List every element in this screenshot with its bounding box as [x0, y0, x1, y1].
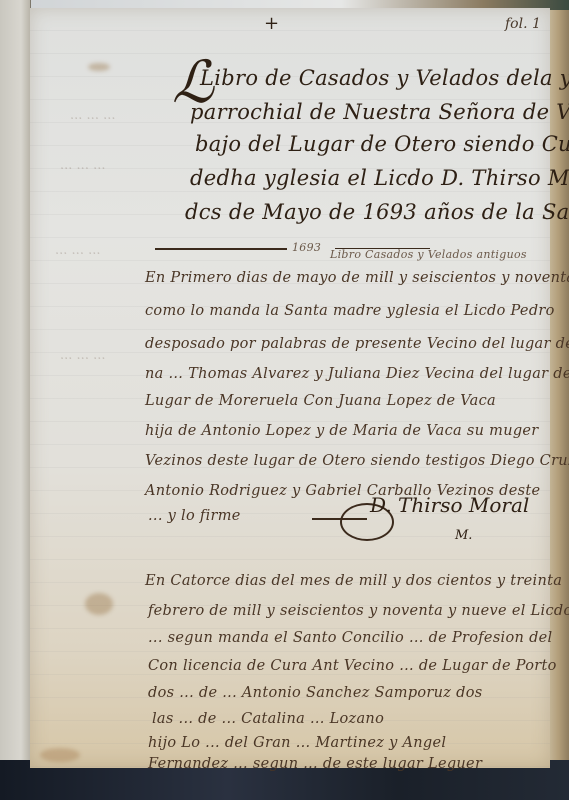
edge-stain	[40, 748, 80, 762]
priest-signature: D. Thirso Moral	[370, 493, 529, 517]
entry-2-line-4: Con licencia de Cura Ant Vecino ... de L…	[148, 658, 557, 674]
bleed-through-text: ... ... ...	[60, 158, 105, 173]
manuscript-page: ... ... ... ... ... ... ... ... ... ... …	[30, 8, 550, 768]
entry-2-line-6: las ... de ... Catalina ... Lozano	[152, 711, 384, 727]
entry-1-line-9: ... y lo firme	[148, 508, 241, 524]
entry-2-line-3: ... segun manda el Santo Concilio ... de…	[148, 630, 552, 646]
water-stain	[85, 593, 113, 615]
bleed-through-text: ... ... ...	[70, 108, 115, 123]
entry-2-line-2: febrero de mill y seiscientos y noventa …	[148, 603, 569, 619]
entry-2-line-1: En Catorce dias del mes de mill y dos ci…	[145, 573, 562, 589]
title-line-4: dedha yglesia el Licdo D. Thirso Moral	[190, 166, 569, 190]
entry-1-line-6: hija de Antonio Lopez y de Maria de Vaca…	[145, 423, 539, 439]
page-stack-edge	[548, 10, 569, 770]
header-cross: +	[264, 13, 279, 34]
entry-1-line-5: Lugar de Moreruela Con Juana Lopez de Va…	[145, 393, 496, 409]
bleed-through-text: ... ... ...	[60, 348, 105, 363]
signature-initials: M.	[455, 528, 472, 543]
title-underline	[155, 248, 287, 250]
entry-2-line-7: hijo Lo ... del Gran ... Martinez y Ange…	[148, 735, 446, 751]
folio-number: fol. 1	[505, 16, 541, 32]
entry-2-line-8: Fernandez ... segun ... de este lugar Le…	[148, 756, 482, 772]
subtitle-note-year: 1693	[292, 241, 321, 254]
facing-page-edge	[0, 0, 31, 770]
entry-1-line-2: como lo manda la Santa madre yglesia el …	[145, 303, 555, 319]
title-line-1: Libro de Casados y Velados dela yglesia	[200, 66, 569, 90]
entry-2-line-5: dos ... de ... Antonio Sanchez Samporuz …	[148, 685, 483, 701]
title-line-5: dcs de Mayo de 1693 años de la Santa	[185, 200, 569, 224]
title-line-2: parrochial de Nuestra Señora de Viz	[190, 100, 569, 124]
bleed-through-text: ... ... ...	[55, 243, 100, 258]
entry-1-line-1: En Primero dias de mayo de mill y seisci…	[145, 270, 569, 286]
entry-1-line-7: Vezinos deste lugar de Otero siendo test…	[145, 453, 569, 469]
ink-stain	[88, 63, 110, 71]
subtitle-note: Libro Casados y Velados antiguos	[330, 248, 527, 261]
entry-1-line-3: desposado por palabras de presente Vecin…	[145, 336, 569, 352]
entry-1-line-4: na ... Thomas Alvarez y Juliana Diez Vec…	[145, 366, 569, 382]
title-line-3: bajo del Lugar de Otero siendo Curas	[195, 132, 569, 156]
